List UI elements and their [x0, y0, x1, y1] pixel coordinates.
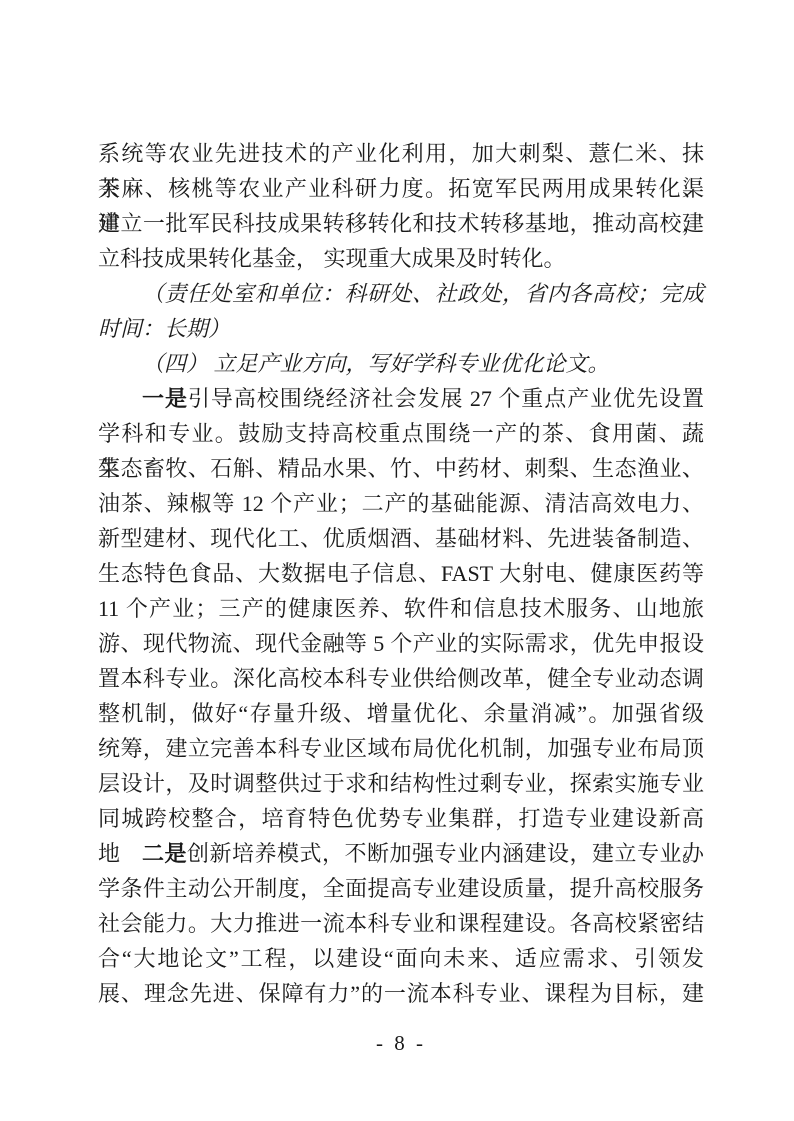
text-line: 油茶、辣椒等 12 个产业；二产的基础能源、清洁高效电力、 [98, 486, 704, 521]
document-page: 系统等农业先进技术的产业化利用，加大刺梨、薏仁米、抹茶、天麻、核桃等农业产业科研… [0, 0, 794, 1121]
text-line: 置本科专业。深化高校本科专业供给侧改革，健全专业动态调 [98, 661, 704, 696]
text-line: 立科技成果转化基金， 实现重大成果及时转化。 [98, 241, 704, 276]
text-line: 学科和专业。鼓励支持高校重点围绕一产的茶、食用菌、蔬菜、 [98, 416, 704, 451]
paragraph-lead: 二是 [142, 841, 187, 866]
text-line: 层设计，及时调整供过于求和结构性过剩专业，探索实施专业 [98, 766, 704, 801]
text-line: 建立一批军民科技成果转移转化和技术转移基地，推动高校建 [98, 206, 704, 241]
text-line: 游、现代物流、现代金融等 5 个产业的实际需求，优先申报设 [98, 626, 704, 661]
text-line: 系统等农业先进技术的产业化利用，加大刺梨、薏仁米、抹茶、 [98, 136, 704, 171]
paragraph-lead: 一是 [142, 386, 188, 411]
text-line: （责任处室和单位：科研处、社政处，省内各高校；完成 [98, 276, 704, 311]
text-line: 合“大地论文”工程，以建设“面向未来、适应需求、引领发 [98, 941, 704, 976]
text-line: 天麻、核桃等农业产业科研力度。拓宽军民两用成果转化渠道， [98, 171, 704, 206]
text-line: 整机制，做好“存量升级、增量优化、余量消减”。加强省级 [98, 696, 704, 731]
text-line: 时间：长期） [98, 311, 704, 346]
document-body: 系统等农业先进技术的产业化利用，加大刺梨、薏仁米、抹茶、天麻、核桃等农业产业科研… [98, 136, 704, 1011]
text-line: 学条件主动公开制度，全面提高专业建设质量，提升高校服务 [98, 871, 704, 906]
text-line: 统筹，建立完善本科专业区域布局优化机制，加强专业布局顶 [98, 731, 704, 766]
text-line: 社会能力。大力推进一流本科专业和课程建设。各高校紧密结 [98, 906, 704, 941]
text-line: 新型建材、现代化工、优质烟酒、基础材料、先进装备制造、 [98, 521, 704, 556]
text-line: 二是创新培养模式，不断加强专业内涵建设，建立专业办 [98, 836, 704, 871]
text-line: 11 个产业；三产的健康医养、软件和信息技术服务、山地旅 [98, 591, 704, 626]
page-number: - 8 - [98, 1028, 704, 1058]
text-line: （四） 立足产业方向，写好学科专业优化论文。 [98, 346, 704, 381]
text-line: 生态畜牧、石斛、精品水果、竹、中药材、刺梨、生态渔业、 [98, 451, 704, 486]
text-line: 一是引导高校围绕经济社会发展 27 个重点产业优先设置 [98, 381, 704, 416]
text-line: 生态特色食品、大数据电子信息、FAST 大射电、健康医药等 [98, 556, 704, 591]
text-line: 同城跨校整合，培育特色优势专业集群，打造专业建设新高地。 [98, 801, 704, 836]
text-line: 展、理念先进、保障有力”的一流本科专业、课程为目标，建 [98, 976, 704, 1011]
